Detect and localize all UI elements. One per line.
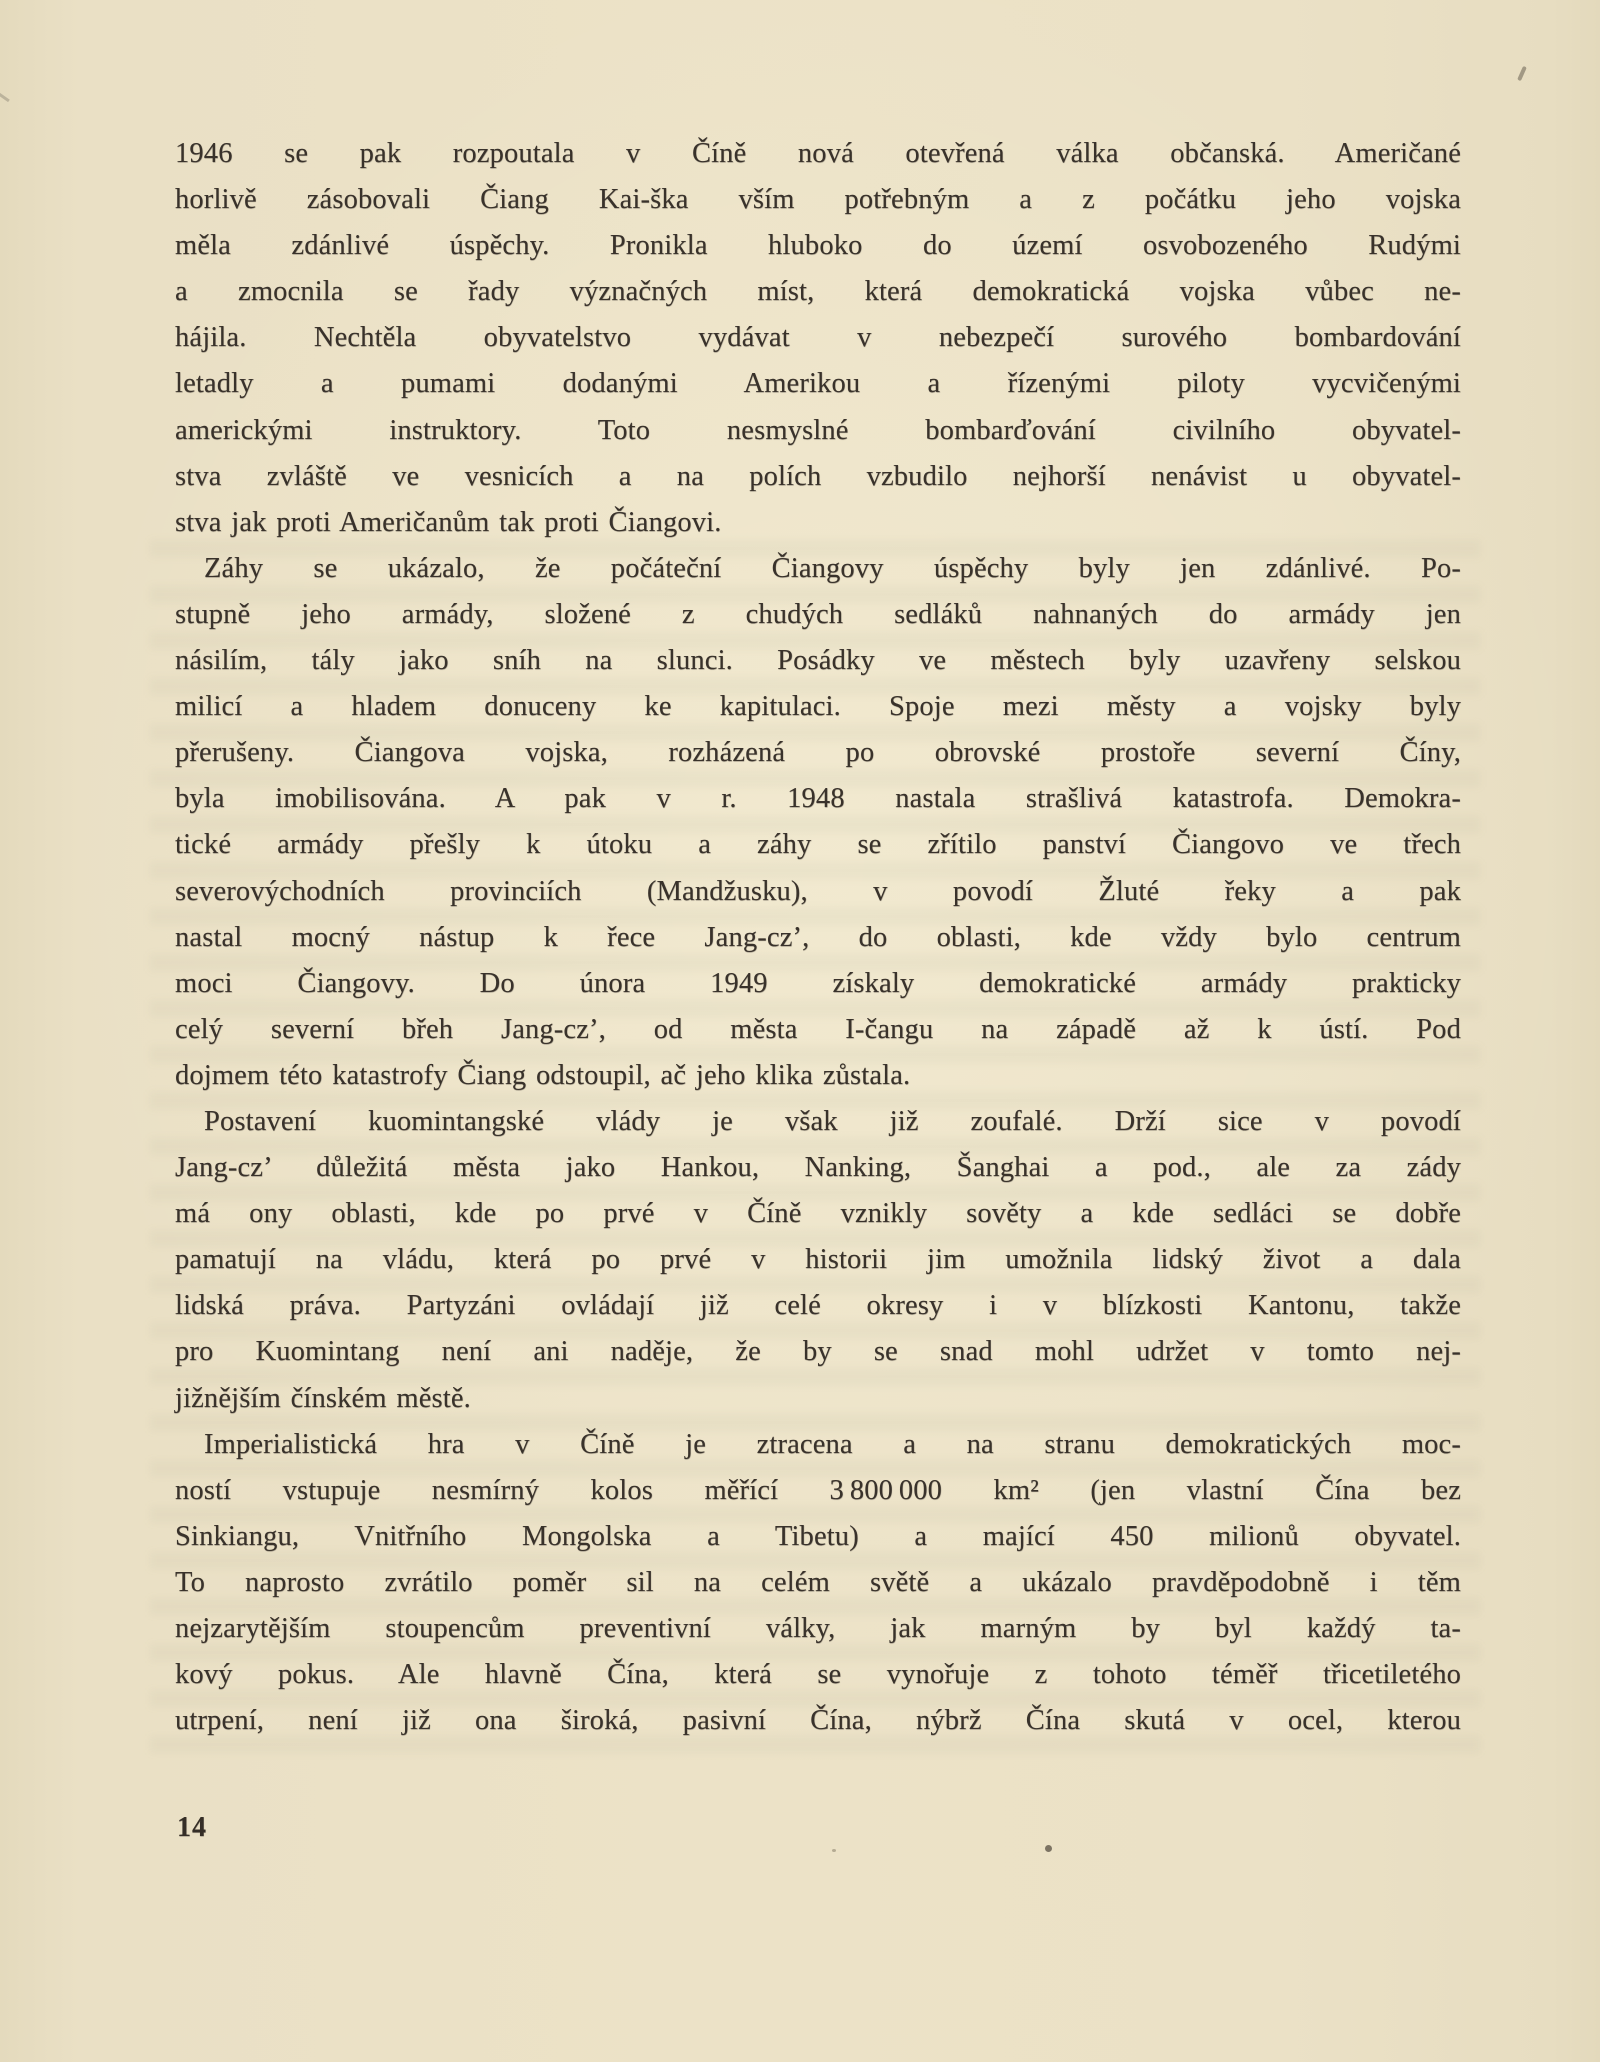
text-line: americkými instruktory. Toto nesmyslné b… [175, 408, 1461, 454]
text-line: To naprosto zvrátilo poměr sil na celém … [175, 1560, 1461, 1606]
text-line: Postavení kuomintangské vlády je však ji… [175, 1099, 1461, 1145]
book-page: 1946 se pak rozpoutala v Číně nová otevř… [0, 0, 1600, 2062]
ink-speck [1045, 1845, 1052, 1852]
text-line: stupně jeho armády, složené z chudých se… [175, 592, 1461, 638]
text-line: a zmocnila se řady význačných míst, kter… [175, 269, 1461, 315]
text-line: stva zvláště ve vesnicích a na polích vz… [175, 454, 1461, 500]
text-line: jižnějším čínském městě. [175, 1376, 1461, 1422]
paragraph: Postavení kuomintangské vlády je však ji… [175, 1099, 1461, 1422]
text-line: severovýchodních provinciích (Mandžusku)… [175, 869, 1461, 915]
text-line: horlivě zásobovali Čiang Kai-ška vším po… [175, 177, 1461, 223]
text-line: Jang-cz’ důležitá města jako Hankou, Nan… [175, 1145, 1461, 1191]
page-number: 14 [177, 1812, 207, 1844]
ink-speck [0, 93, 10, 102]
text-line: 1946 se pak rozpoutala v Číně nová otevř… [175, 131, 1461, 177]
text-line: byla imobilisována. A pak v r. 1948 nast… [175, 776, 1461, 822]
text-line: letadly a pumami dodanými Amerikou a říz… [175, 361, 1461, 407]
text-line: dojmem této katastrofy Čiang odstoupil, … [175, 1053, 1461, 1099]
text-line: pamatují na vládu, která po prvé v histo… [175, 1237, 1461, 1283]
text-line: nejzarytějším stoupencům preventivní vál… [175, 1606, 1461, 1652]
text-line: tické armády přešly k útoku a záhy se zř… [175, 822, 1461, 868]
paragraph: 1946 se pak rozpoutala v Číně nová otevř… [175, 131, 1461, 546]
text-line: ností vstupuje nesmírný kolos měřící 3 8… [175, 1468, 1461, 1514]
text-line: stva jak proti Američanům tak proti Čian… [175, 500, 1461, 546]
text-line: Sinkiangu, Vnitřního Mongolska a Tibetu)… [175, 1514, 1461, 1560]
text-line: milicí a hladem donuceny ke kapitulaci. … [175, 684, 1461, 730]
text-line: měla zdánlivé úspěchy. Pronikla hluboko … [175, 223, 1461, 269]
text-line: moci Čiangovy. Do února 1949 získaly dem… [175, 961, 1461, 1007]
ink-speck [1517, 66, 1527, 81]
text-line: celý severní břeh Jang-cz’, od města I-č… [175, 1007, 1461, 1053]
text-line: pro Kuomintang není ani naděje, že by se… [175, 1329, 1461, 1375]
paragraph: Záhy se ukázalo, že počáteční Čiangovy ú… [175, 546, 1461, 1099]
text-line: kový pokus. Ale hlavně Čína, která se vy… [175, 1652, 1461, 1698]
text-line: hájila. Nechtěla obyvatelstvo vydávat v … [175, 315, 1461, 361]
text-line: utrpení, není již ona široká, pasivní Čí… [175, 1698, 1461, 1744]
text-line: má ony oblasti, kde po prvé v Číně vznik… [175, 1191, 1461, 1237]
paragraph: Imperialistická hra v Číně je ztracena a… [175, 1422, 1461, 1745]
page-text: 1946 se pak rozpoutala v Číně nová otevř… [175, 131, 1461, 1744]
text-line: nastal mocný nástup k řece Jang-cz’, do … [175, 915, 1461, 961]
text-line: lidská práva. Partyzáni ovládají již cel… [175, 1283, 1461, 1329]
text-line: Imperialistická hra v Číně je ztracena a… [175, 1422, 1461, 1468]
ink-speck [832, 1849, 836, 1852]
text-line: násilím, tály jako sníh na slunci. Posád… [175, 638, 1461, 684]
text-line: Záhy se ukázalo, že počáteční Čiangovy ú… [175, 546, 1461, 592]
text-line: přerušeny. Čiangova vojska, rozházená po… [175, 730, 1461, 776]
